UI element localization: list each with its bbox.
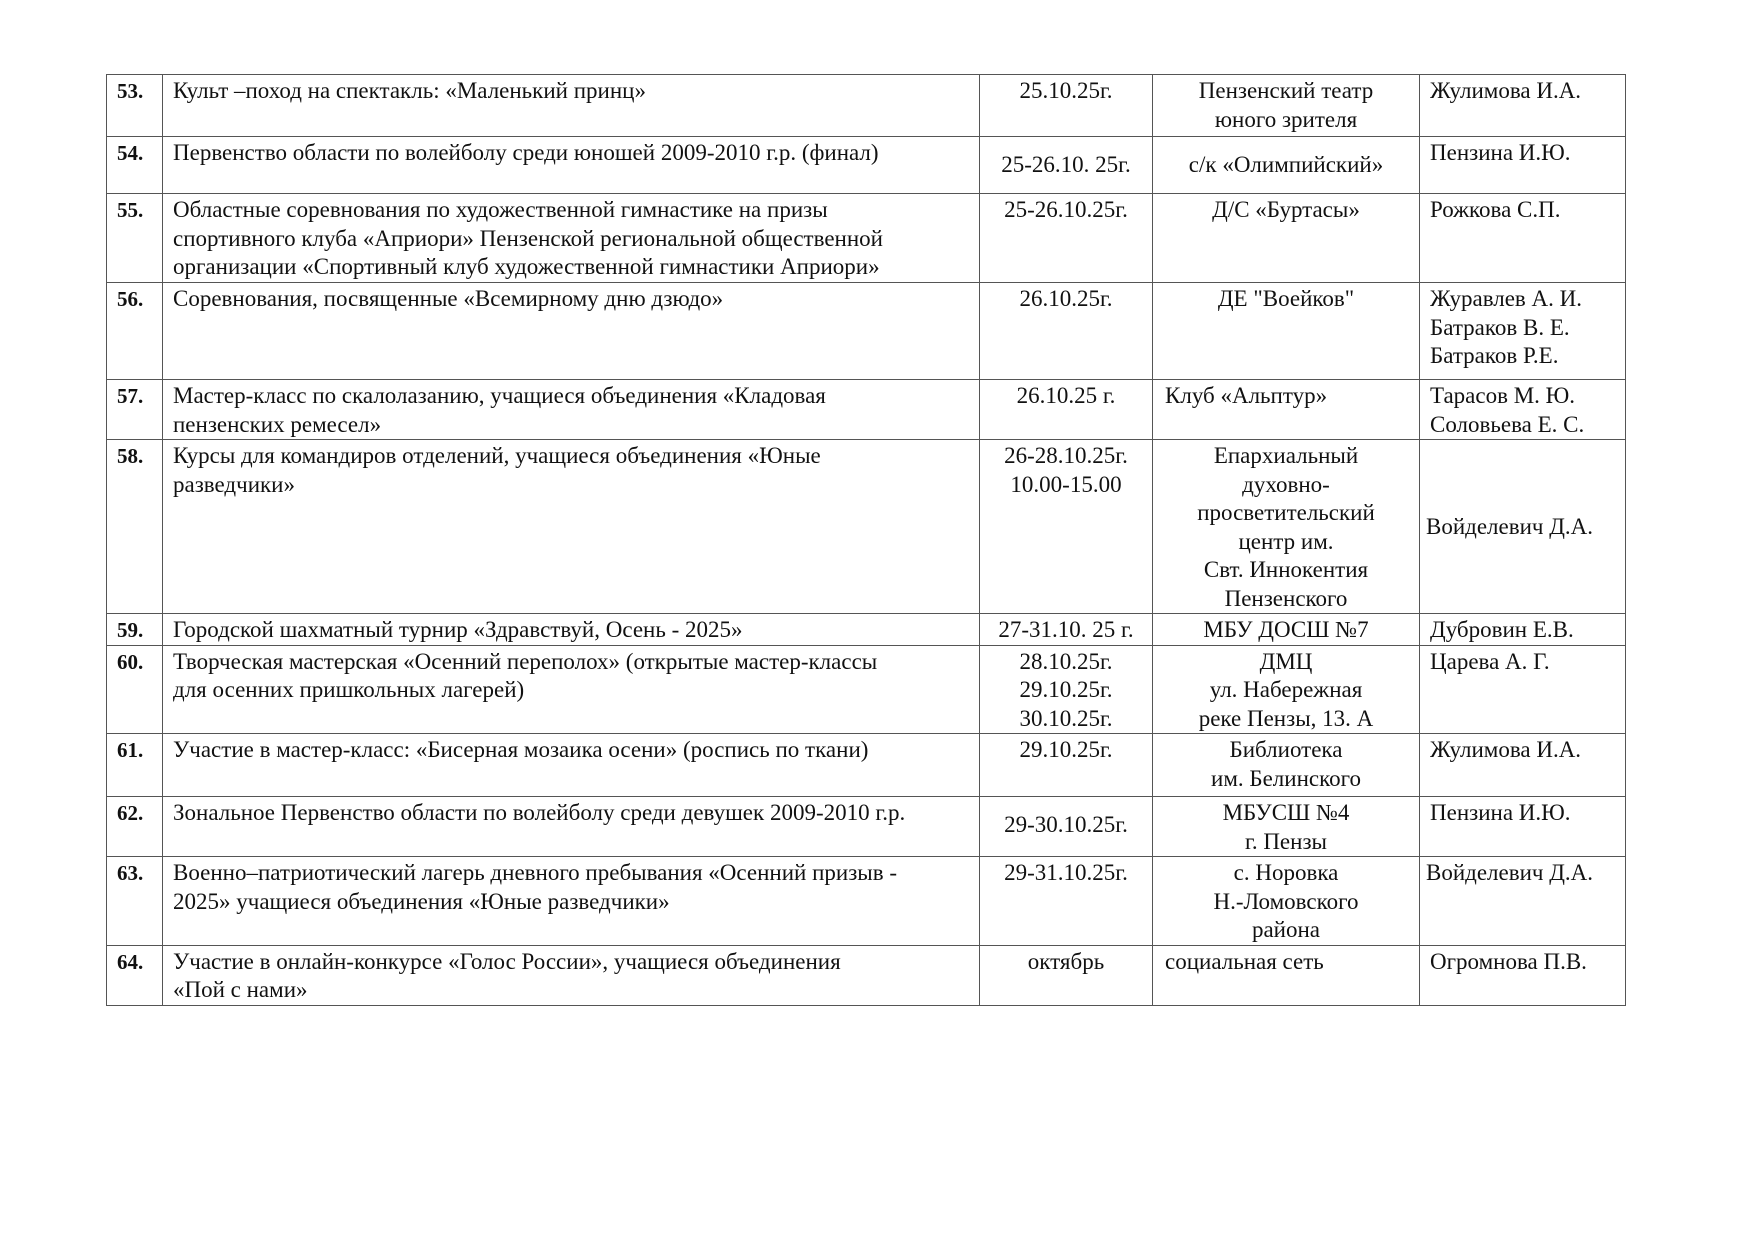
event-date: 27-31.10. 25 г. — [980, 614, 1153, 646]
table-row: 56. Соревнования, посвященные «Всемирном… — [107, 283, 1626, 380]
responsible-person: Пензина И.Ю. — [1420, 137, 1626, 194]
event-date: 29.10.25г. — [980, 734, 1153, 797]
event-date: 26.10.25 г. — [980, 380, 1153, 440]
responsible-person: Журавлев А. И. Батраков В. Е. Батраков Р… — [1420, 283, 1626, 380]
row-number: 57. — [107, 380, 163, 440]
row-number: 59. — [107, 614, 163, 646]
event-title: Городской шахматный турнир «Здравствуй, … — [163, 614, 980, 646]
row-number: 54. — [107, 137, 163, 194]
responsible-person: Жулимова И.А. — [1420, 75, 1626, 137]
row-number: 61. — [107, 734, 163, 797]
event-place: социальная сеть — [1153, 945, 1420, 1005]
table-row: 61. Участие в мастер-класс: «Бисерная мо… — [107, 734, 1626, 797]
event-place: Пензенский театр юного зрителя — [1153, 75, 1420, 137]
event-date: 29-31.10.25г. — [980, 857, 1153, 946]
event-date: 29-30.10.25г. — [980, 797, 1153, 857]
row-number: 53. — [107, 75, 163, 137]
event-place: Д/С «Буртасы» — [1153, 194, 1420, 283]
event-place: МБУ ДОСШ №7 — [1153, 614, 1420, 646]
table-row: 55. Областные соревнования по художестве… — [107, 194, 1626, 283]
table-row: 63. Военно–патриотический лагерь дневног… — [107, 857, 1626, 946]
row-number: 60. — [107, 645, 163, 734]
event-place: с/к «Олимпийский» — [1153, 137, 1420, 194]
event-title: Творческая мастерская «Осенний переполох… — [163, 645, 980, 734]
row-number: 63. — [107, 857, 163, 946]
event-title: Курсы для командиров отделений, учащиеся… — [163, 440, 980, 614]
event-date: 25-26.10.25г. — [980, 194, 1153, 283]
responsible-person: Жулимова И.А. — [1420, 734, 1626, 797]
event-title: Участие в онлайн-конкурсе «Голос России»… — [163, 945, 980, 1005]
events-table: 53. Культ –поход на спектакль: «Маленьки… — [106, 74, 1626, 1006]
event-title: Соревнования, посвященные «Всемирному дн… — [163, 283, 980, 380]
event-place: Библиотека им. Белинского — [1153, 734, 1420, 797]
event-place: ДМЦ ул. Набережная реке Пензы, 13. А — [1153, 645, 1420, 734]
table-row: 58. Курсы для командиров отделений, учащ… — [107, 440, 1626, 614]
row-number: 64. — [107, 945, 163, 1005]
table-row: 53. Культ –поход на спектакль: «Маленьки… — [107, 75, 1626, 137]
event-title: Первенство области по волейболу среди юн… — [163, 137, 980, 194]
row-number: 58. — [107, 440, 163, 614]
table-row: 62. Зональное Первенство области по воле… — [107, 797, 1626, 857]
event-date: 25-26.10. 25г. — [980, 137, 1153, 194]
event-date: октябрь — [980, 945, 1153, 1005]
event-place: Епархиальный духовно- просветительский ц… — [1153, 440, 1420, 614]
responsible-person: Тарасов М. Ю. Соловьева Е. С. — [1420, 380, 1626, 440]
responsible-person: Войделевич Д.А. — [1420, 857, 1626, 946]
event-title: Участие в мастер-класс: «Бисерная мозаик… — [163, 734, 980, 797]
event-title: Областные соревнования по художественной… — [163, 194, 980, 283]
event-title: Военно–патриотический лагерь дневного пр… — [163, 857, 980, 946]
responsible-person: Пензина И.Ю. — [1420, 797, 1626, 857]
table-row: 60. Творческая мастерская «Осенний переп… — [107, 645, 1626, 734]
table-row: 64. Участие в онлайн-конкурсе «Голос Рос… — [107, 945, 1626, 1005]
event-place: МБУСШ №4 г. Пензы — [1153, 797, 1420, 857]
table-row: 54. Первенство области по волейболу сред… — [107, 137, 1626, 194]
row-number: 55. — [107, 194, 163, 283]
table-row: 59. Городской шахматный турнир «Здравств… — [107, 614, 1626, 646]
event-place: ДЕ "Воейков" — [1153, 283, 1420, 380]
row-number: 62. — [107, 797, 163, 857]
responsible-person: Огромнова П.В. — [1420, 945, 1626, 1005]
row-number: 56. — [107, 283, 163, 380]
event-place: с. Норовка Н.-Ломовского района — [1153, 857, 1420, 946]
event-place: Клуб «Альптур» — [1153, 380, 1420, 440]
responsible-person: Рожкова С.П. — [1420, 194, 1626, 283]
event-title: Мастер-класс по скалолазанию, учащиеся о… — [163, 380, 980, 440]
event-date: 25.10.25г. — [980, 75, 1153, 137]
responsible-person: Царева А. Г. — [1420, 645, 1626, 734]
responsible-person: Войделевич Д.А. — [1420, 440, 1626, 614]
event-date: 26.10.25г. — [980, 283, 1153, 380]
event-title: Зональное Первенство области по волейбол… — [163, 797, 980, 857]
table-row: 57. Мастер-класс по скалолазанию, учащие… — [107, 380, 1626, 440]
event-date: 28.10.25г. 29.10.25г. 30.10.25г. — [980, 645, 1153, 734]
responsible-person: Дубровин Е.В. — [1420, 614, 1626, 646]
event-title: Культ –поход на спектакль: «Маленький пр… — [163, 75, 980, 137]
event-date: 26-28.10.25г. 10.00-15.00 — [980, 440, 1153, 614]
